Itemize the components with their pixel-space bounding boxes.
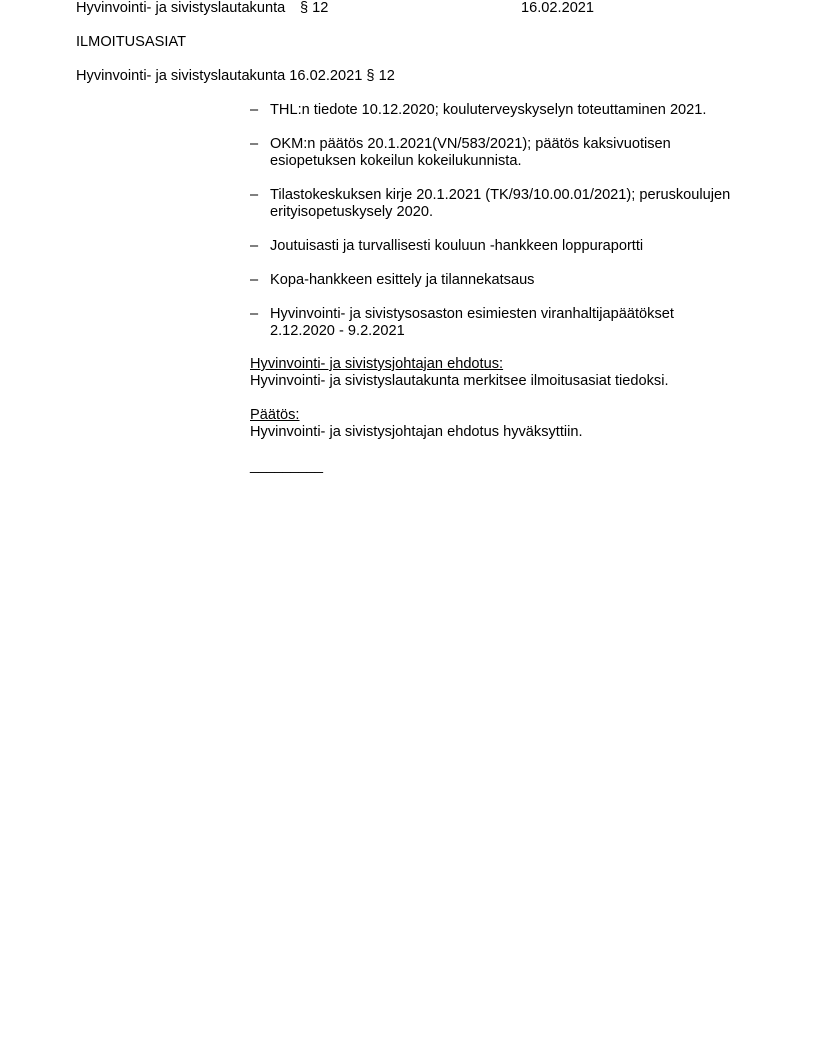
meeting-reference: Hyvinvointi- ja sivistyslautakunta 16.02… [76,68,395,85]
dash-bullet-icon: – [250,306,258,323]
end-rule: _________ [250,458,323,475]
notice-items-list: – THL:n tiedote 10.12.2020; kouluterveys… [250,102,750,357]
list-item-text: erityisopetuskysely 2020. [270,204,750,221]
list-item-text: Kopa-hankkeen esittely ja tilannekatsaus [270,272,750,289]
list-item-text: Tilastokeskuksen kirje 20.1.2021 (TK/93/… [270,187,750,204]
list-item-text: THL:n tiedote 10.12.2020; kouluterveysky… [270,102,750,119]
header-section-number: § 12 [300,0,328,17]
list-item: – Tilastokeskuksen kirje 20.1.2021 (TK/9… [250,187,750,221]
list-item: – THL:n tiedote 10.12.2020; kouluterveys… [250,102,750,119]
list-item: – Kopa-hankkeen esittely ja tilannekatsa… [250,272,750,289]
list-item: – Hyvinvointi- ja sivistysosaston esimie… [250,306,750,340]
list-item: – Joutuisasti ja turvallisesti kouluun -… [250,238,750,255]
header-date: 16.02.2021 [521,0,594,17]
list-item-text: 2.12.2020 - 9.2.2021 [270,323,750,340]
header-committee: Hyvinvointi- ja sivistyslautakunta [76,0,285,17]
document-heading: ILMOITUSASIAT [76,34,186,51]
list-item-text: Hyvinvointi- ja sivistysosaston esimiest… [270,306,750,323]
proposal-text: Hyvinvointi- ja sivistyslautakunta merki… [250,373,669,390]
dash-bullet-icon: – [250,187,258,204]
list-item-text: esiopetuksen kokeilun kokeilukunnista. [270,153,750,170]
decision-text: Hyvinvointi- ja sivistysjohtajan ehdotus… [250,424,583,441]
dash-bullet-icon: – [250,238,258,255]
proposal-label: Hyvinvointi- ja sivistysjohtajan ehdotus… [250,356,669,373]
dash-bullet-icon: – [250,136,258,153]
dash-bullet-icon: – [250,102,258,119]
list-item: – OKM:n päätös 20.1.2021(VN/583/2021); p… [250,136,750,170]
list-item-text: Joutuisasti ja turvallisesti kouluun -ha… [270,238,750,255]
decision-label: Päätös: [250,407,583,424]
list-item-text: OKM:n päätös 20.1.2021(VN/583/2021); pää… [270,136,750,153]
decision-section: Päätös: Hyvinvointi- ja sivistysjohtajan… [250,407,583,441]
dash-bullet-icon: – [250,272,258,289]
proposal-section: Hyvinvointi- ja sivistysjohtajan ehdotus… [250,356,669,390]
